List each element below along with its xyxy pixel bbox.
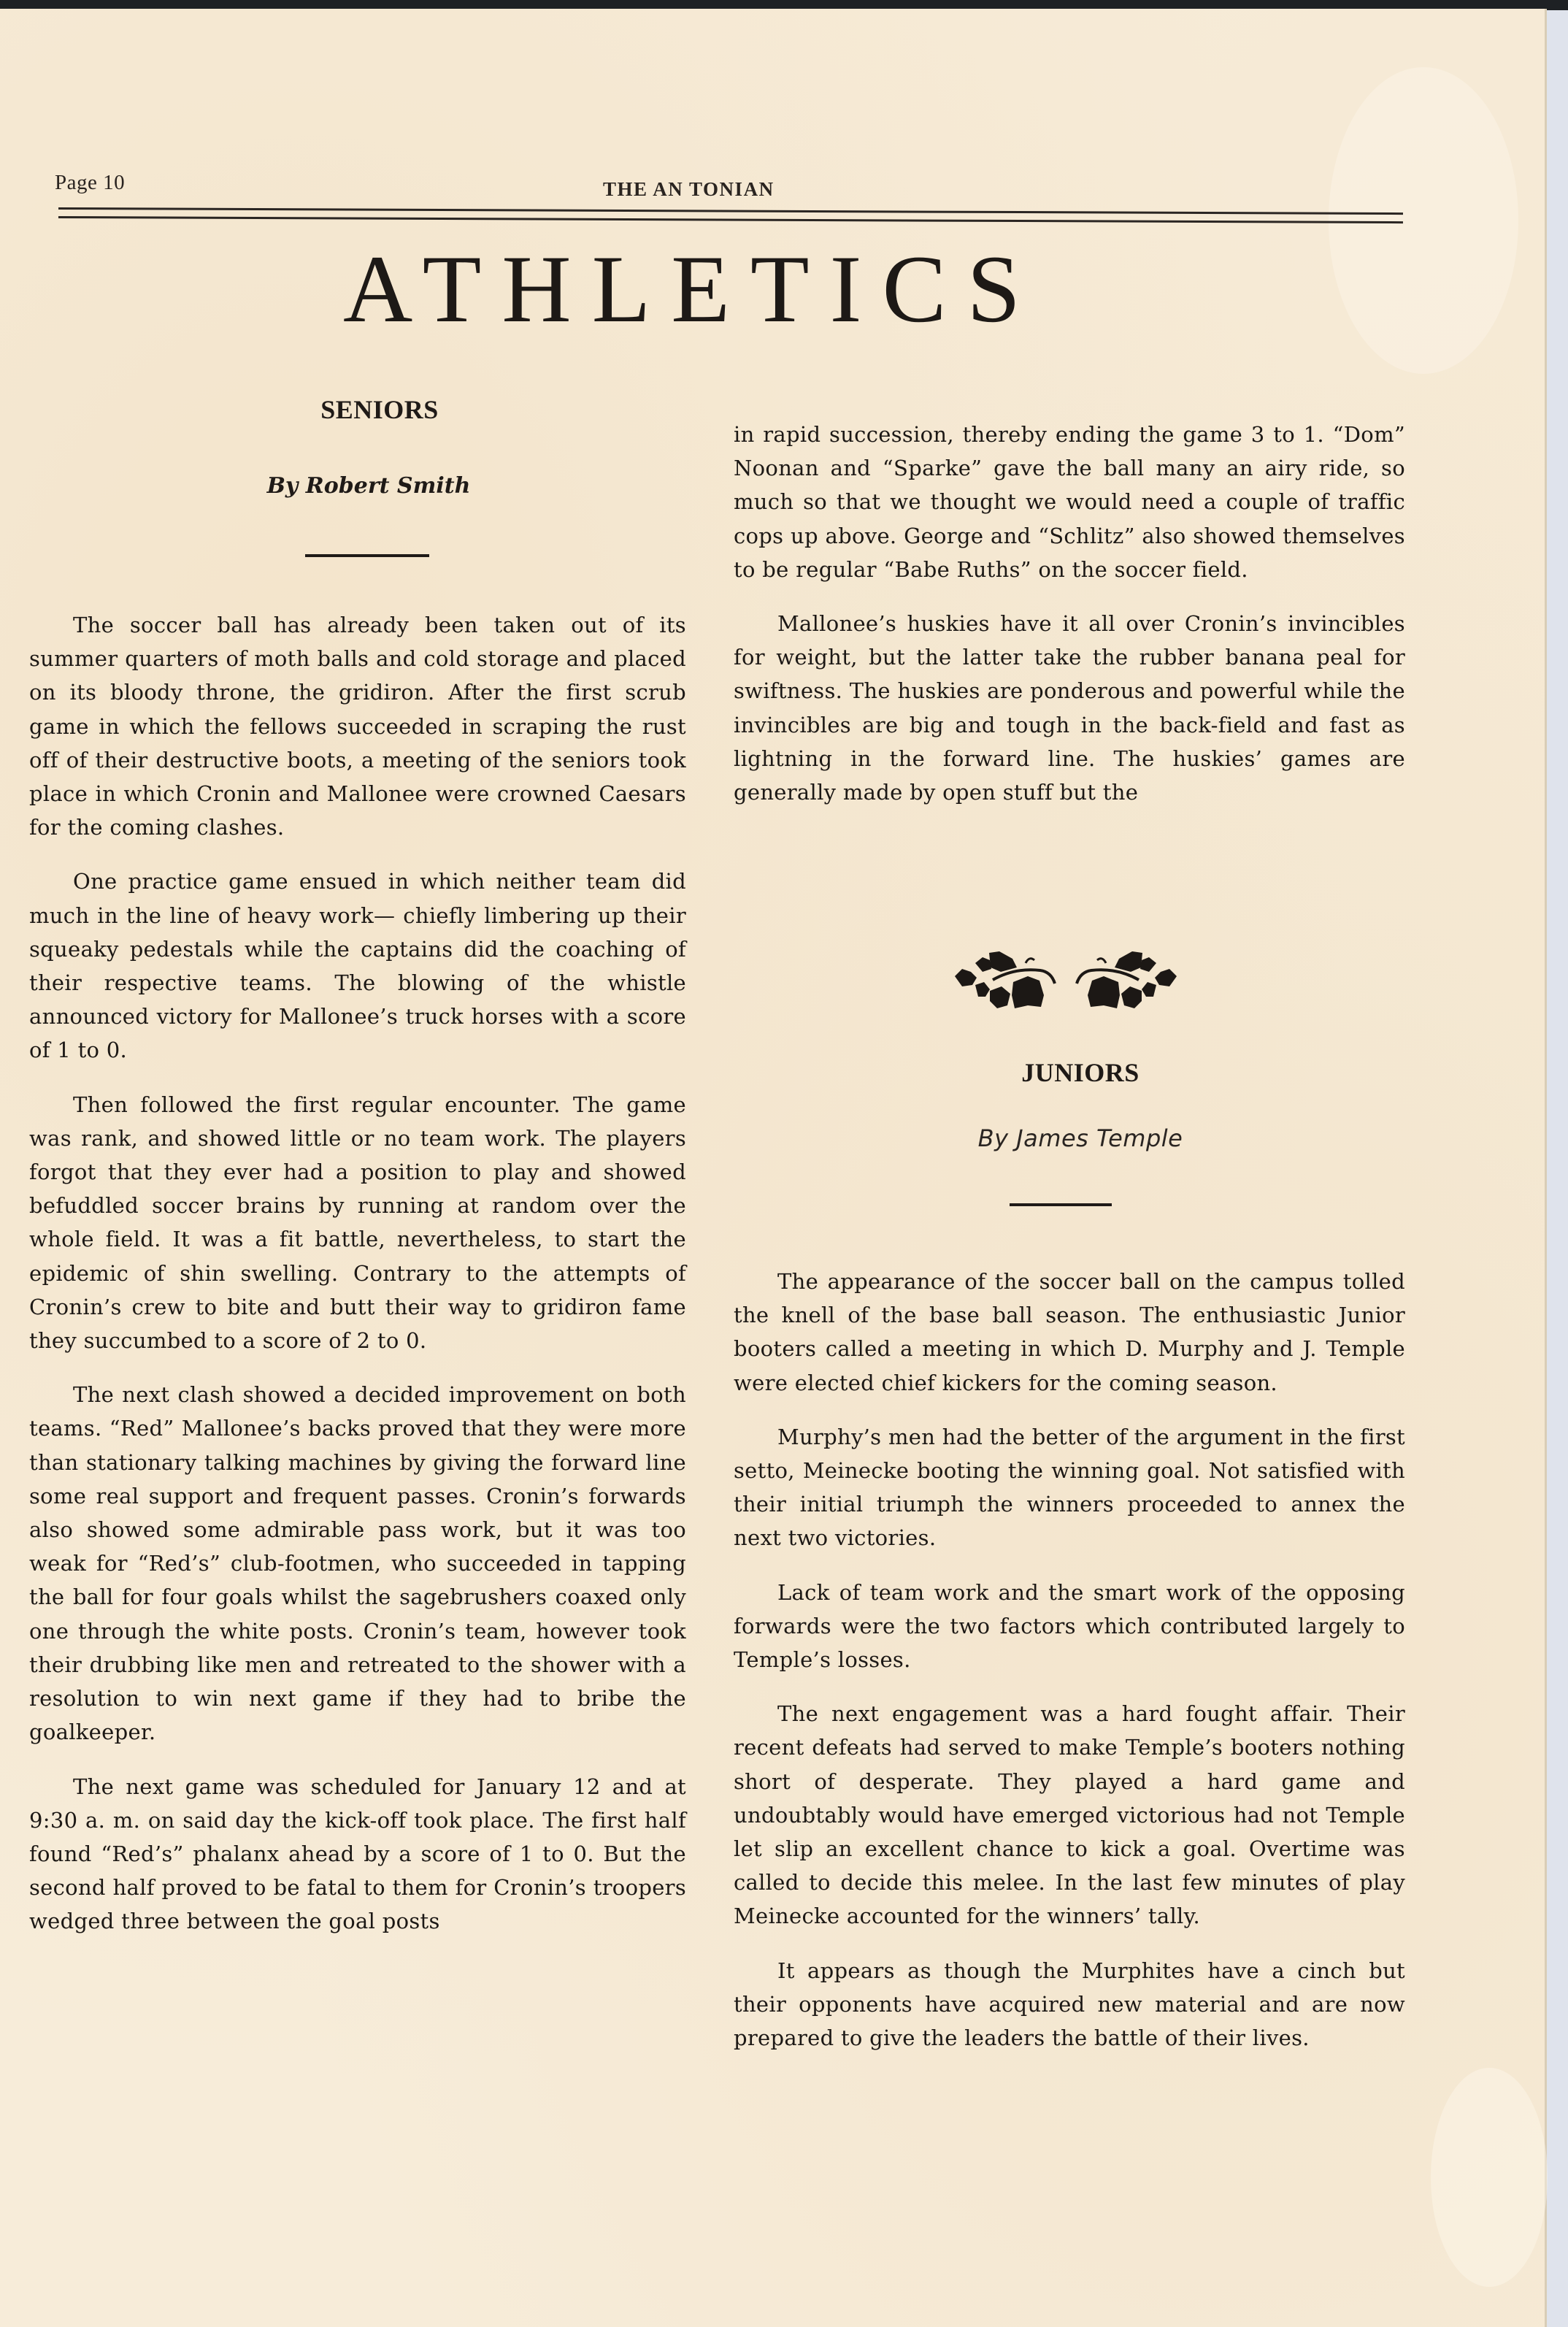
juniors-byline: By James Temple (756, 1124, 1405, 1152)
article-paragraph: It appears as though the Murphites have … (734, 1954, 1405, 2055)
section-title: ATHLETICS (343, 241, 1102, 337)
column-right-juniors: JUNIORS By James Temple The appearance o… (734, 1057, 1405, 2055)
article-paragraph: The soccer ball has already been taken o… (29, 608, 686, 844)
column-right-top: in rapid succession, thereby ending the … (734, 418, 1405, 809)
publication-title: THE AN TONIAN (603, 178, 775, 201)
paper-stain (1431, 2068, 1548, 2287)
seniors-heading: SENIORS (73, 394, 686, 425)
article-paragraph: The next engagement was a hard fought af… (734, 1697, 1405, 1933)
article-paragraph: Lack of team work and the smart work of … (734, 1576, 1405, 1677)
juniors-article-body: The appearance of the soccer ball on the… (734, 1265, 1405, 2055)
column-left: SENIORS By Robert Smith The soccer ball … (29, 394, 686, 1939)
article-paragraph: The next game was scheduled for January … (29, 1770, 686, 1939)
article-paragraph: One practice game ensued in which neithe… (29, 865, 686, 1067)
article-paragraph: Murphy’s men had the better of the argum… (734, 1420, 1405, 1555)
article-paragraph: Mallonee’s huskies have it all over Cron… (734, 607, 1405, 809)
seniors-article-body: The soccer ball has already been taken o… (29, 608, 686, 1939)
seniors-byline: By Robert Smith (51, 473, 686, 499)
header-double-rule (58, 207, 1403, 223)
juniors-heading: JUNIORS (756, 1057, 1405, 1088)
article-paragraph: The appearance of the soccer ball on the… (734, 1265, 1405, 1400)
article-paragraph: The next clash showed a decided improvem… (29, 1378, 686, 1749)
newspaper-page: Page 10 THE AN TONIAN ATHLETICS SENIORS … (0, 9, 1547, 2327)
ivy-vine-ornament-icon (949, 947, 1183, 1013)
article-paragraph: Then followed the first regular encounte… (29, 1088, 686, 1358)
article-paragraph: in rapid succession, thereby ending the … (734, 418, 1405, 586)
page-number: Page 10 (55, 171, 125, 195)
